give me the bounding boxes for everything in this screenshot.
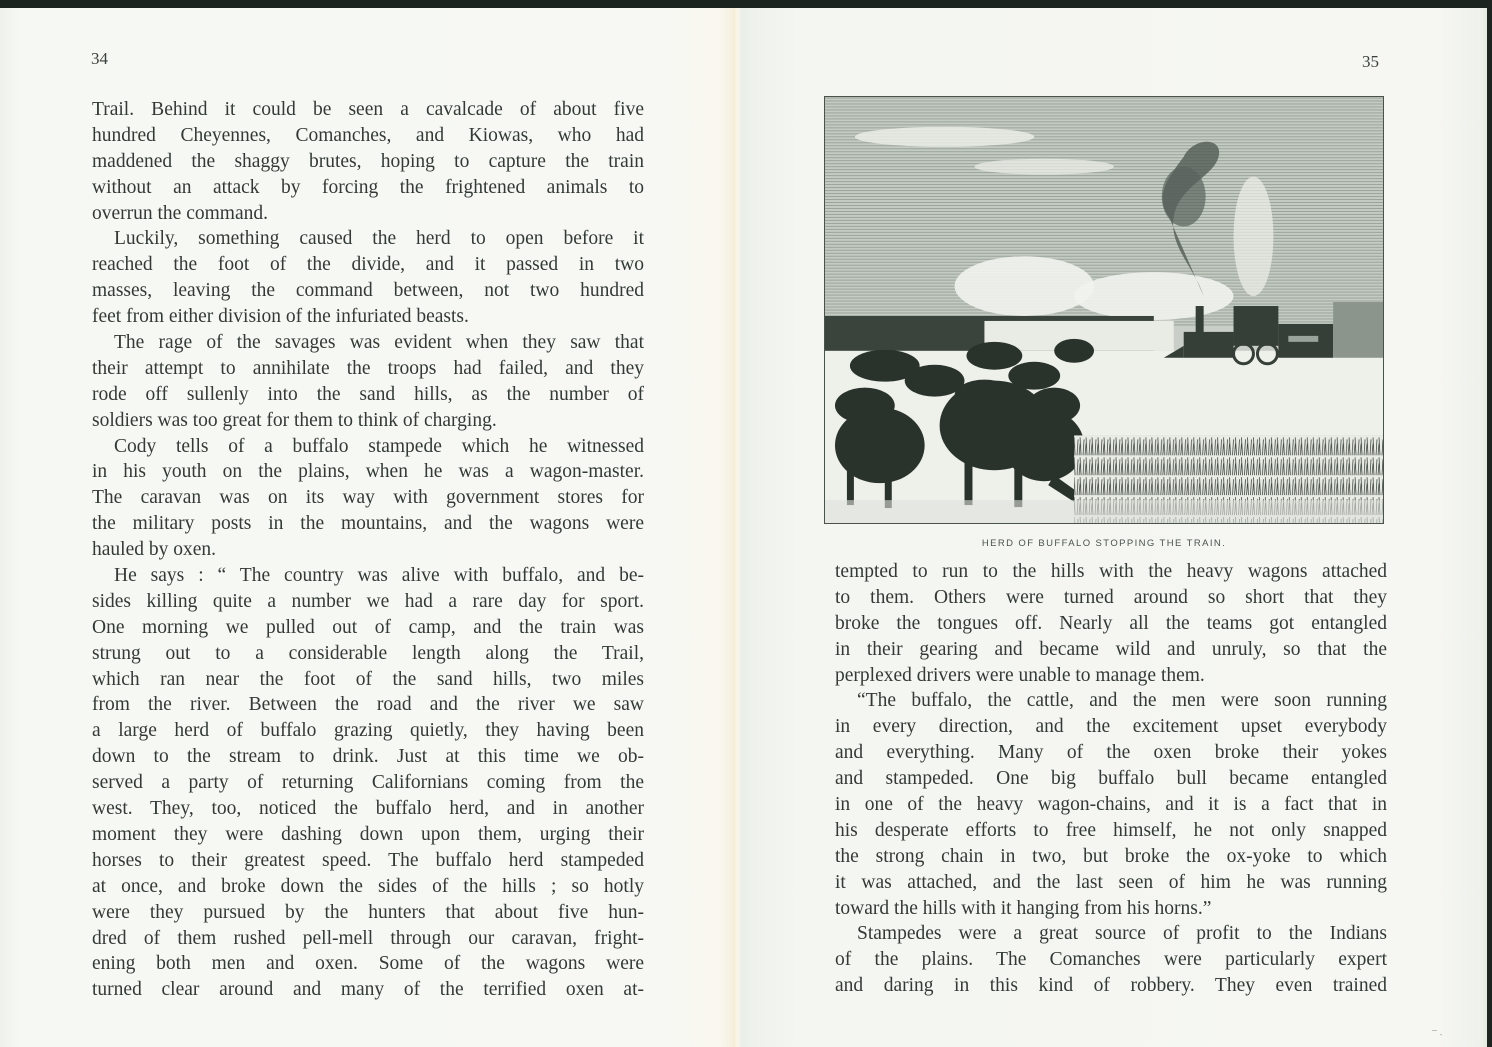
text-line: The rage of the savages was evident when…: [92, 330, 644, 356]
text-line: hauled by oxen.: [92, 537, 644, 563]
scan-top-edge: [0, 0, 1492, 8]
text-line: the military posts in the mountains, and…: [92, 511, 644, 537]
text-line: which ran near the foot of the sand hill…: [92, 667, 644, 693]
text-line: and stampeded. One big buffalo bull beca…: [835, 766, 1387, 792]
text-line: He says : “ The country was alive with b…: [92, 563, 644, 589]
text-line: to them. Others were turned around so sh…: [835, 585, 1387, 611]
text-line: Luckily, something caused the herd to op…: [92, 226, 644, 252]
buffalo-train-illustration: [824, 96, 1384, 524]
text-line: moment they were dashing down upon them,…: [92, 822, 644, 848]
text-line: the strong chain in two, but broke the o…: [835, 844, 1387, 870]
text-line: at once, and broke down the sides of the…: [92, 874, 644, 900]
text-line: feet from either division of the infuria…: [92, 304, 644, 330]
text-line: soldiers was too great for them to think…: [92, 408, 644, 434]
text-line: without an attack by forcing the frighte…: [92, 175, 644, 201]
text-line: masses, leaving the command between, not…: [92, 278, 644, 304]
text-line: down to the stream to drink. Just at thi…: [92, 744, 644, 770]
text-line: “The buffalo, the cattle, and the men we…: [835, 688, 1387, 714]
book-gutter: [733, 8, 741, 1047]
text-line: One morning we pulled out of camp, and t…: [92, 615, 644, 641]
text-line: broke the tongues off. Nearly all the te…: [835, 611, 1387, 637]
text-line: in his youth on the plains, when he was …: [92, 459, 644, 485]
text-line: turned clear around and many of the terr…: [92, 977, 644, 1003]
text-line: strung out to a considerable length alon…: [92, 641, 644, 667]
text-line: in one of the heavy wagon-chains, and it…: [835, 792, 1387, 818]
text-line: of the plains. The Comanches were partic…: [835, 947, 1387, 973]
text-line: rode off sullenly into the sand hills, a…: [92, 382, 644, 408]
text-line: reached the foot of the divide, and it p…: [92, 252, 644, 278]
text-line: horses to their greatest speed. The buff…: [92, 848, 644, 874]
text-line: sides killing quite a number we had a ra…: [92, 589, 644, 615]
page-number-left: 34: [91, 49, 108, 69]
text-line: dred of them rushed pell-mell through ou…: [92, 926, 644, 952]
text-line: from the river. Between the road and the…: [92, 692, 644, 718]
text-line: Cody tells of a buffalo stampede which h…: [92, 434, 644, 460]
text-line: toward the hills with it hanging from hi…: [835, 896, 1387, 922]
text-line: his desperate efforts to free himself, h…: [835, 818, 1387, 844]
text-line: ening both men and oxen. Some of the wag…: [92, 951, 644, 977]
figure-caption: HERD OF BUFFALO STOPPING THE TRAIN.: [824, 538, 1384, 549]
text-line: served a party of returning Californians…: [92, 770, 644, 796]
engraving-illustration-icon: [825, 97, 1383, 523]
text-line: tempted to run to the hills with the hea…: [835, 559, 1387, 585]
page-edge-shadow: [1478, 8, 1487, 1047]
scan-right-edge: [1487, 0, 1492, 1047]
scan-artifact: – ˏ: [1432, 1025, 1443, 1036]
text-line: perplexed drivers were unable to manage …: [835, 663, 1387, 689]
right-page-text: tempted to run to the hills with the hea…: [835, 559, 1387, 999]
text-line: The caravan was on its way with governme…: [92, 485, 644, 511]
text-line: their attempt to annihilate the troops h…: [92, 356, 644, 382]
text-line: and everything. Many of the oxen broke t…: [835, 740, 1387, 766]
left-page-text: Trail. Behind it could be seen a cavalca…: [92, 97, 644, 1003]
text-line: hundred Cheyennes, Comanches, and Kiowas…: [92, 123, 644, 149]
text-line: it was attached, and the last seen of hi…: [835, 870, 1387, 896]
text-line: in every direction, and the excitement u…: [835, 714, 1387, 740]
text-line: west. They, too, noticed the buffalo her…: [92, 796, 644, 822]
text-line: were they pursued by the hunters that ab…: [92, 900, 644, 926]
text-line: Stampedes were a great source of profit …: [835, 921, 1387, 947]
text-line: in their gearing and became wild and unr…: [835, 637, 1387, 663]
text-line: and daring in this kind of robbery. They…: [835, 973, 1387, 999]
text-line: overrun the command.: [92, 201, 644, 227]
text-line: a large herd of buffalo grazing quietly,…: [92, 718, 644, 744]
page-number-right: 35: [1362, 52, 1379, 72]
text-line: Trail. Behind it could be seen a cavalca…: [92, 97, 644, 123]
text-line: maddened the shaggy brutes, hoping to ca…: [92, 149, 644, 175]
